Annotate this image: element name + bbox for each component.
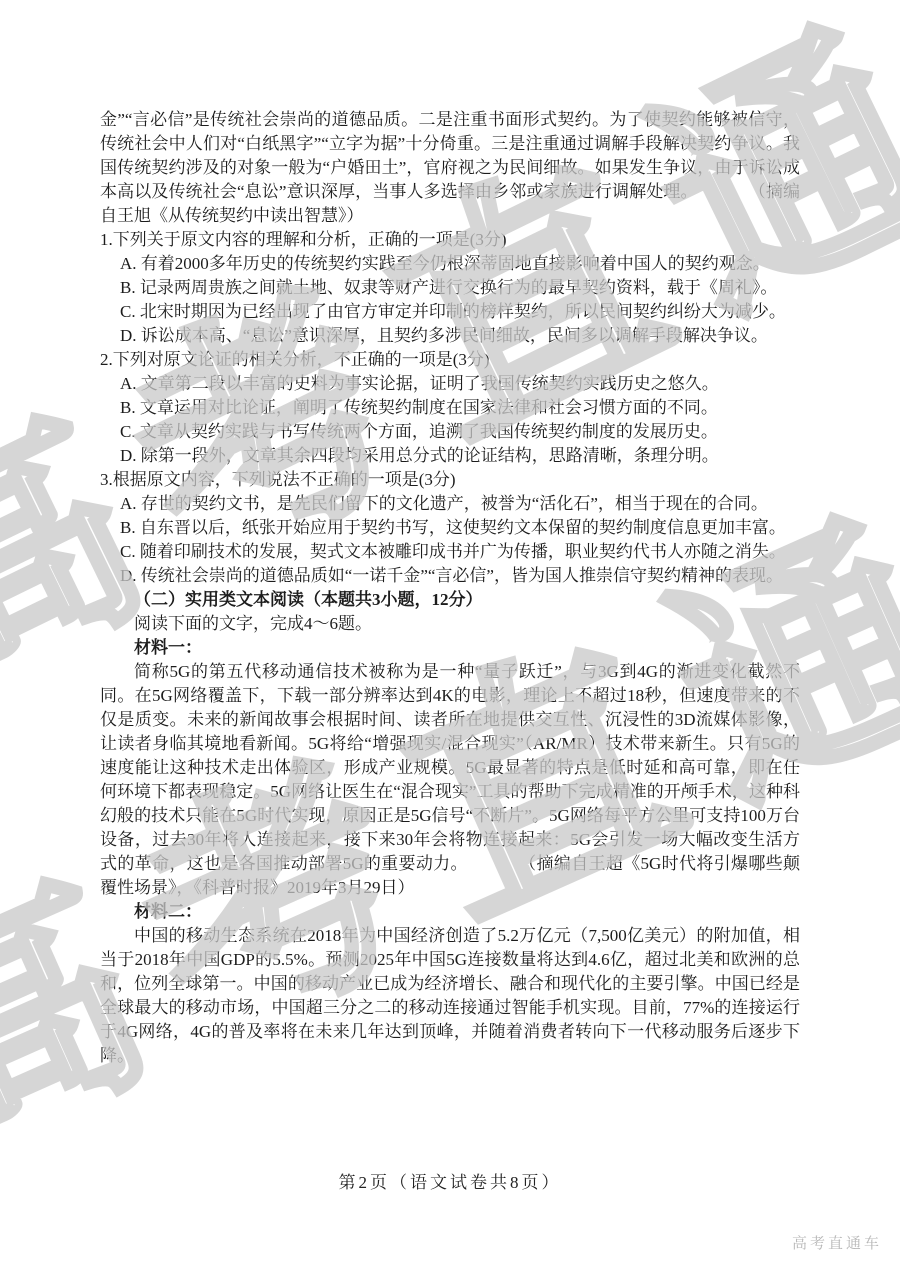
intro-paragraph-text: 金”“言必信”是传统社会崇尚的道德品质。二是注重书面形式契约。为了使契约能够被信…	[100, 110, 800, 201]
intro-paragraph: 金”“言必信”是传统社会崇尚的道德品质。二是注重书面形式契约。为了使契约能够被信…	[100, 108, 800, 228]
question-1: 1.下列关于原文内容的理解和分析，正确的一项是(3分) A. 有着2000多年历…	[100, 228, 800, 348]
question-1-option-c: C. 北宋时期因为已经出现了由官方审定并印制的榜样契约，所以民间契约纠纷大为减少…	[100, 300, 800, 324]
page-footer: 第2页（语文试卷共8页）	[0, 1168, 900, 1193]
question-1-stem: 1.下列关于原文内容的理解和分析，正确的一项是(3分)	[100, 228, 800, 252]
material-1-text: 简称5G的第五代移动通信技术被称为是一种“量子跃迁”，与3G到4G的渐进变化截然…	[100, 662, 800, 873]
question-2: 2.下列对原文论证的相关分析，不正确的一项是(3分) A. 文章第二段以丰富的史…	[100, 348, 800, 468]
page-content: 金”“言必信”是传统社会崇尚的道德品质。二是注重书面形式契约。为了使契约能够被信…	[100, 108, 800, 1068]
section-2-instruction: 阅读下面的文字，完成4～6题。	[100, 612, 800, 636]
brand-watermark: 高考直通车	[792, 1232, 882, 1253]
question-3-option-d: D. 传统社会崇尚的道德品质如“一诺千金”“言必信”，皆为国人推崇信守契约精神的…	[100, 564, 800, 588]
question-3: 3.根据原文内容，下列说法不正确的一项是(3分) A. 存世的契约文书，是先民们…	[100, 468, 800, 588]
question-2-stem: 2.下列对原文论证的相关分析，不正确的一项是(3分)	[100, 348, 800, 372]
question-2-option-d: D. 除第一段外，文章其余四段均采用总分式的论证结构，思路清晰，条理分明。	[100, 444, 800, 468]
question-1-option-a: A. 有着2000多年历史的传统契约实践至今仍根深蒂固地直接影响着中国人的契约观…	[100, 252, 800, 276]
question-1-option-d: D. 诉讼成本高、“息讼”意识深厚，且契约多涉民间细故，民间多以调解手段解决争议…	[100, 324, 800, 348]
material-2-paragraph: 中国的移动生态系统在2018年为中国经济创造了5.2万亿元（7,500亿美元）的…	[100, 924, 800, 1068]
question-3-option-c: C. 随着印刷技术的发展，契式文本被雕印成书并广为传播，职业契约代书人亦随之消失…	[100, 540, 800, 564]
question-2-option-c: C. 文章从契约实践与书写传统两个方面，追溯了我国传统契约制度的发展历史。	[100, 420, 800, 444]
question-1-option-b: B. 记录两周贵族之间就土地、奴隶等财产进行交换行为的最早契约资料，载于《周礼》…	[100, 276, 800, 300]
question-3-option-b: B. 自东晋以后，纸张开始应用于契约书写，这使契约文本保留的契约制度信息更加丰富…	[100, 516, 800, 540]
exam-page: 高考直通车 高考直通车 金”“言必信”是传统社会崇尚的道德品质。二是注重书面形式…	[0, 0, 900, 1270]
material-1-paragraph: 简称5G的第五代移动通信技术被称为是一种“量子跃迁”，与3G到4G的渐进变化截然…	[100, 660, 800, 900]
question-3-option-a: A. 存世的契约文书，是先民们留下的文化遗产，被誉为“活化石”，相当于现在的合同…	[100, 492, 800, 516]
question-2-option-a: A. 文章第二段以丰富的史料为事实论据，证明了我国传统契约实践历史之悠久。	[100, 372, 800, 396]
section-2-heading: （二）实用类文本阅读（本题共3小题，12分）	[100, 588, 800, 612]
material-2-label: 材料二：	[100, 900, 800, 924]
material-1-label: 材料一：	[100, 636, 800, 660]
question-3-stem: 3.根据原文内容，下列说法不正确的一项是(3分)	[100, 468, 800, 492]
question-2-option-b: B. 文章运用对比论证，阐明了传统契约制度在国家法律和社会习惯方面的不同。	[100, 396, 800, 420]
